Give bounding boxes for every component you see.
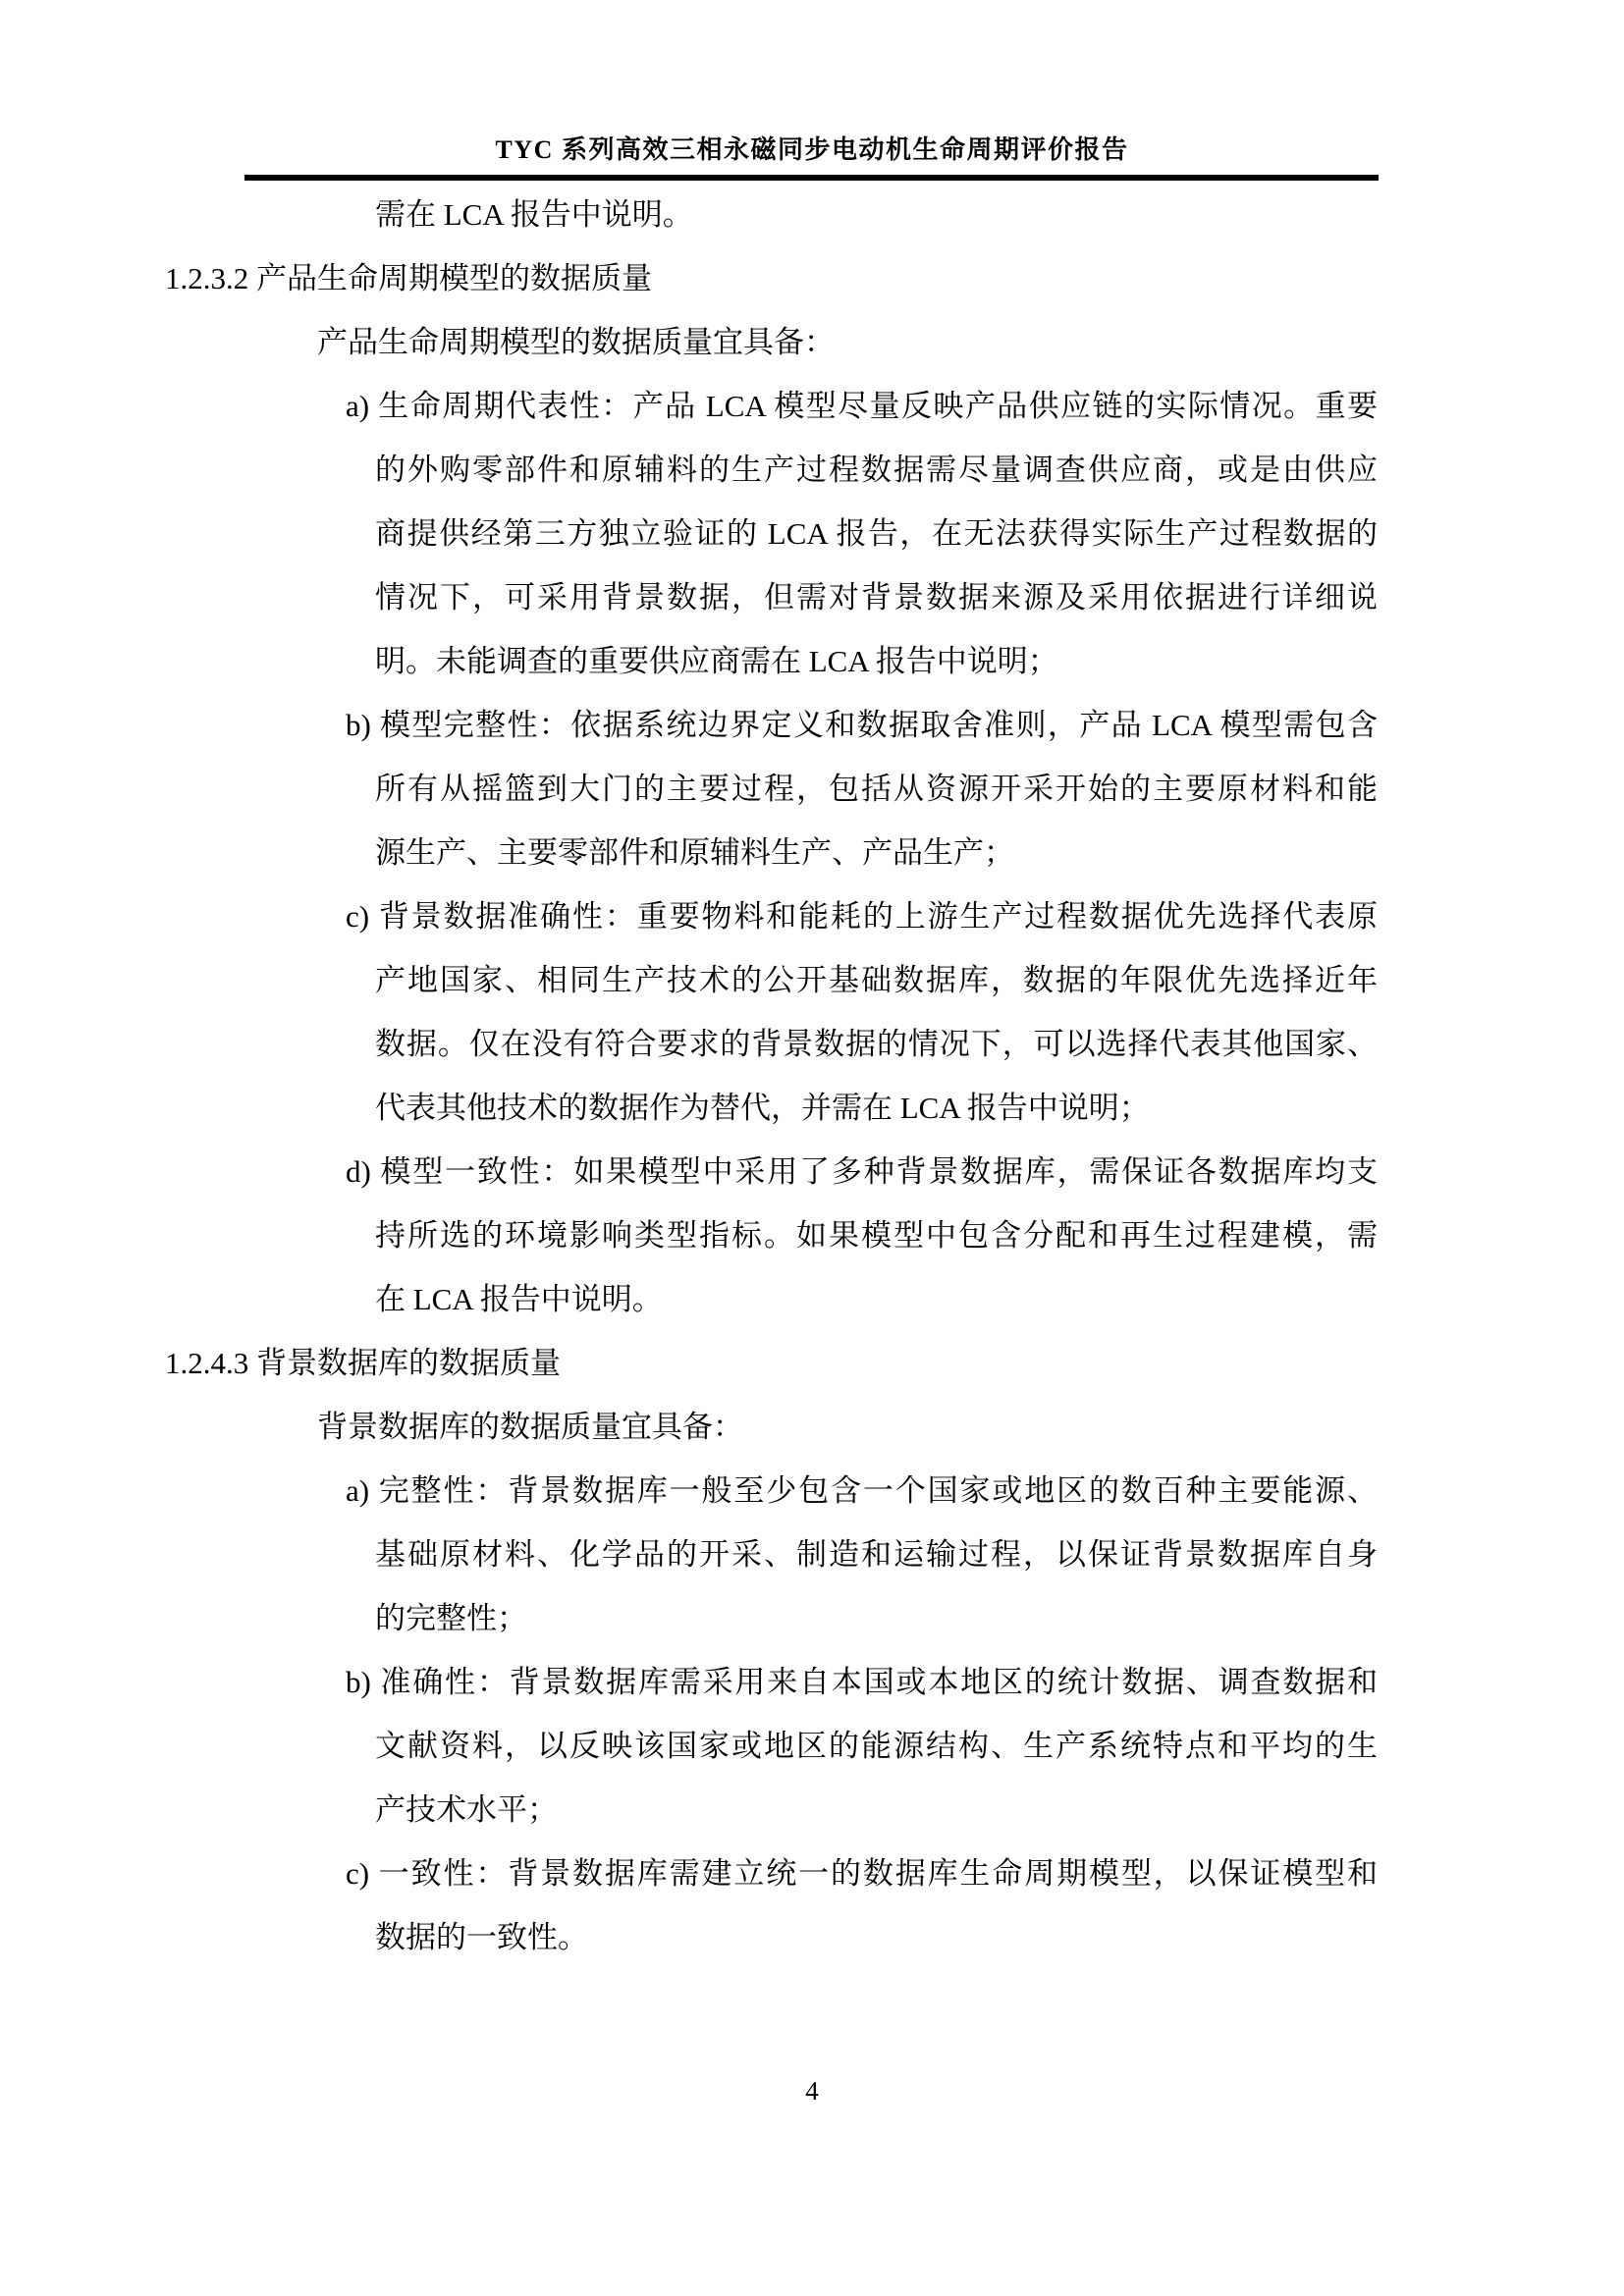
document-line-continuation: 在 LCA 报告中说明。 [165, 1267, 1378, 1331]
document-line-continuation: 数据。仅在没有符合要求的背景数据的情况下，可以选择代表其他国家、 [165, 1012, 1378, 1076]
document-line-continuation: 所有从摇篮到大门的主要过程，包括从资源开采开始的主要原材料和能 [165, 757, 1378, 821]
document-line-continuation: 的外购零部件和原辅料的生产过程数据需尽量调查供应商，或是由供应 [165, 438, 1378, 502]
document-body: 需在 LCA 报告中说明。1.2.3.2 产品生命周期模型的数据质量产品生命周期… [165, 183, 1378, 1969]
document-line-continuation: 商提供经第三方独立验证的 LCA 报告，在无法获得实际生产过程数据的 [165, 502, 1378, 565]
document-line-list-item: a) 生命周期代表性：产品 LCA 模型尽量反映产品供应链的实际情况。重要 [165, 374, 1378, 438]
document-line-continuation: 持所选的环境影响类型指标。如果模型中包含分配和再生过程建模，需 [165, 1203, 1378, 1267]
header-rule [244, 175, 1379, 181]
document-line-list-item: c) 一致性：背景数据库需建立统一的数据库生命周期模型，以保证模型和 [165, 1842, 1378, 1905]
document-line-continuation: 产技术水平； [165, 1778, 1378, 1842]
document-line-continuation: 文献资料，以反映该国家或地区的能源结构、生产系统特点和平均的生 [165, 1714, 1378, 1778]
document-line-list-item: b) 准确性：背景数据库需采用来自本国或本地区的统计数据、调查数据和 [165, 1650, 1378, 1714]
document-line-continuation: 基础原材料、化学品的开采、制造和运输过程，以保证背景数据库自身 [165, 1522, 1378, 1586]
document-line-list-item: d) 模型一致性：如果模型中采用了多种背景数据库，需保证各数据库均支 [165, 1140, 1378, 1203]
document-line-paragraph: 背景数据库的数据质量宜具备： [165, 1395, 1378, 1459]
document-line-list-item: c) 背景数据准确性：重要物料和能耗的上游生产过程数据优先选择代表原 [165, 884, 1378, 948]
document-line-continuation: 情况下，可采用背景数据，但需对背景数据来源及采用依据进行详细说 [165, 565, 1378, 629]
document-line-heading: 1.2.4.3 背景数据库的数据质量 [165, 1331, 1378, 1395]
document-line-list-item: b) 模型完整性：依据系统边界定义和数据取舍准则，产品 LCA 模型需包含 [165, 693, 1378, 757]
document-line-continuation: 产地国家、相同生产技术的公开基础数据库，数据的年限优先选择近年 [165, 948, 1378, 1012]
document-line-list-item: a) 完整性：背景数据库一般至少包含一个国家或地区的数百种主要能源、 [165, 1459, 1378, 1522]
document-line-heading: 1.2.3.2 产品生命周期模型的数据质量 [165, 246, 1378, 310]
page-number: 4 [0, 2073, 1624, 2109]
document-line-continuation: 明。未能调查的重要供应商需在 LCA 报告中说明； [165, 629, 1378, 693]
document-line-continuation: 的完整性； [165, 1586, 1378, 1650]
document-line-continuation: 数据的一致性。 [165, 1905, 1378, 1969]
document-line-continuation: 代表其他技术的数据作为替代，并需在 LCA 报告中说明； [165, 1076, 1378, 1140]
document-line-paragraph: 产品生命周期模型的数据质量宜具备： [165, 310, 1378, 374]
document-page: TYC 系列高效三相永磁同步电动机生命周期评价报告 需在 LCA 报告中说明。1… [0, 0, 1624, 2296]
page-header-title: TYC 系列高效三相永磁同步电动机生命周期评价报告 [0, 133, 1624, 167]
document-line-continuation: 需在 LCA 报告中说明。 [165, 183, 1378, 246]
document-line-continuation: 源生产、主要零部件和原辅料生产、产品生产； [165, 821, 1378, 884]
